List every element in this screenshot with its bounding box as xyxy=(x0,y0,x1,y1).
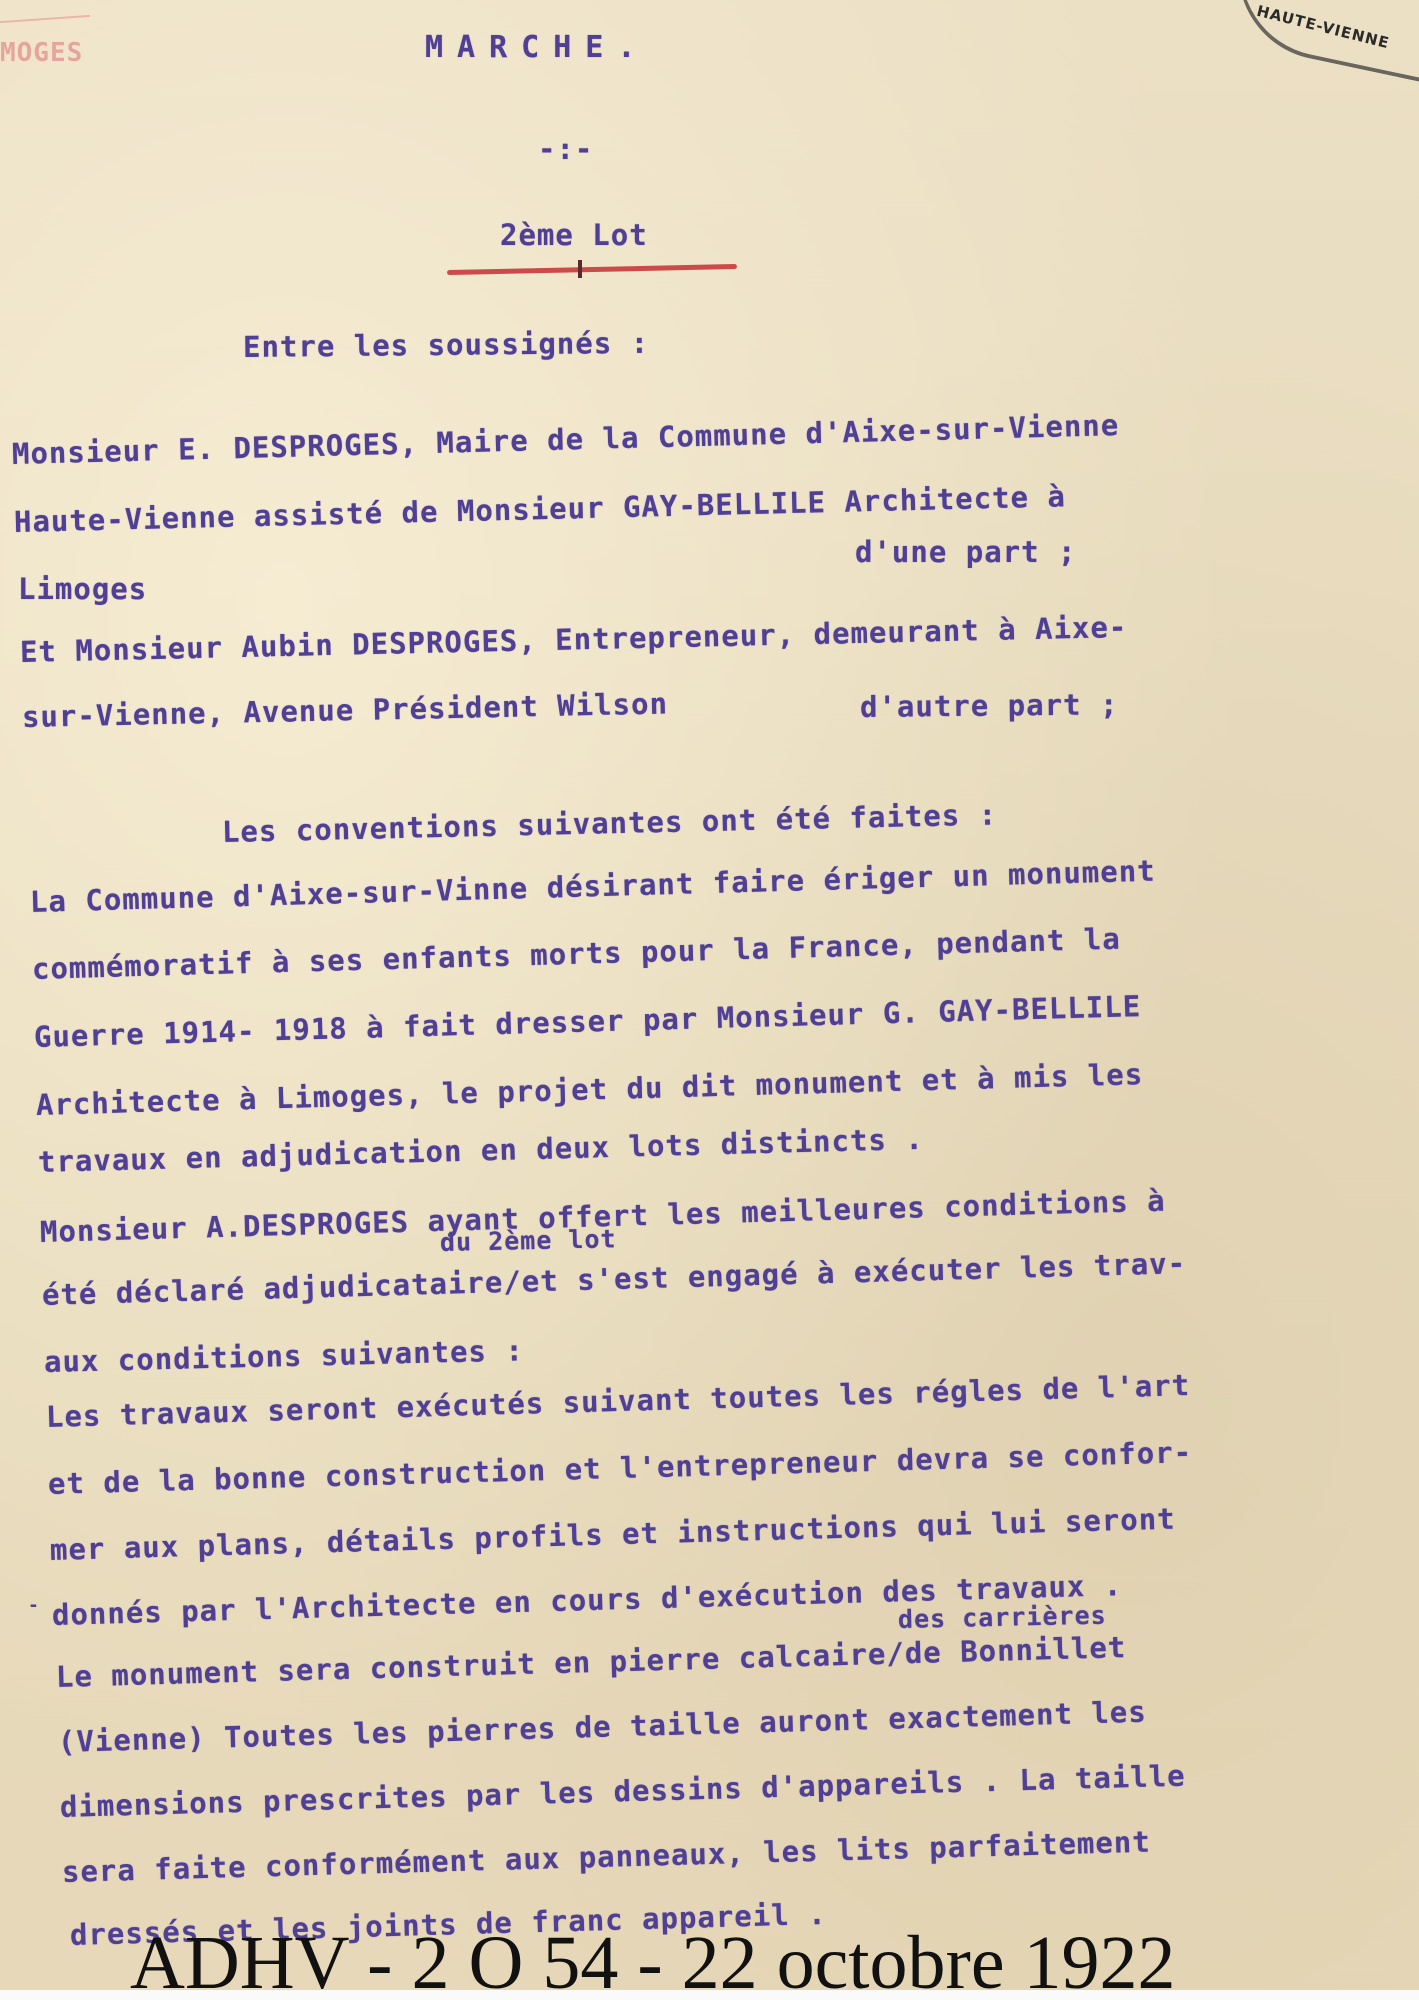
body-line: La Commune d'Aixe-sur-Vinne désirant fai… xyxy=(30,854,1157,919)
underline-tick xyxy=(578,260,582,278)
party-line-right: d'une part ; xyxy=(855,535,1077,569)
handwritten-insert-lot: du 2ème lot xyxy=(440,1224,617,1257)
body-line: Le monument sera construit en pierre cal… xyxy=(56,1630,1127,1694)
body-line: (Vienne) Toutes les pierres de taille au… xyxy=(58,1695,1148,1759)
party-line: sur-Vienne, Avenue Président Wilson xyxy=(22,686,669,734)
party-line: Monsieur E. DESPROGES, Maire de la Commu… xyxy=(12,408,1120,471)
red-underline xyxy=(447,264,737,275)
body-line: commémoratif à ses enfants morts pour la… xyxy=(32,922,1122,986)
body-line: été déclaré adjudicataire/et s'est engag… xyxy=(42,1246,1187,1312)
party-line: Et Monsieur Aubin DESPROGES, Entrepreneu… xyxy=(20,610,1128,669)
separator: -:- xyxy=(538,132,593,166)
body-line: sera faite conformément aux panneaux, le… xyxy=(62,1825,1152,1889)
intro-line: Entre les soussignés : xyxy=(243,326,649,364)
red-archive-stamp: MOGES xyxy=(0,38,83,68)
lot-heading: 2ème Lot xyxy=(500,218,648,252)
body-line: et de la bonne construction et l'entrepr… xyxy=(48,1435,1193,1501)
party-line: Limoges xyxy=(18,572,147,606)
body-line: Les travaux seront exécutés suivant tout… xyxy=(46,1368,1191,1434)
bottom-border xyxy=(0,1990,1419,2000)
margin-mark: - xyxy=(28,1595,36,1603)
document-title: MARCHE. xyxy=(425,30,649,65)
body-line: aux conditions suivantes : xyxy=(44,1333,525,1379)
party-line: Haute-Vienne assisté de Monsieur GAY-BEL… xyxy=(14,479,1067,539)
body-line: travaux en adjudication en deux lots dis… xyxy=(38,1122,925,1179)
conventions-heading: Les conventions suivantes ont été faites… xyxy=(222,797,998,849)
body-line: mer aux plans, détails profils et instru… xyxy=(50,1502,1177,1567)
body-line: dimensions prescrites par les dessins d'… xyxy=(60,1759,1187,1824)
handwritten-insert-quarry: des carrières xyxy=(898,1601,1107,1634)
red-stamp-line xyxy=(0,15,90,23)
body-line: Guerre 1914- 1918 à fait dresser par Mon… xyxy=(34,989,1142,1054)
body-line: Architecte à Limoges, le projet du dit m… xyxy=(36,1057,1144,1122)
archive-caption: ADHV - 2 O 54 - 22 octobre 1922 xyxy=(130,1925,1176,2000)
black-seal-stamp xyxy=(1222,0,1419,86)
party-line-right: d'autre part ; xyxy=(860,687,1119,724)
